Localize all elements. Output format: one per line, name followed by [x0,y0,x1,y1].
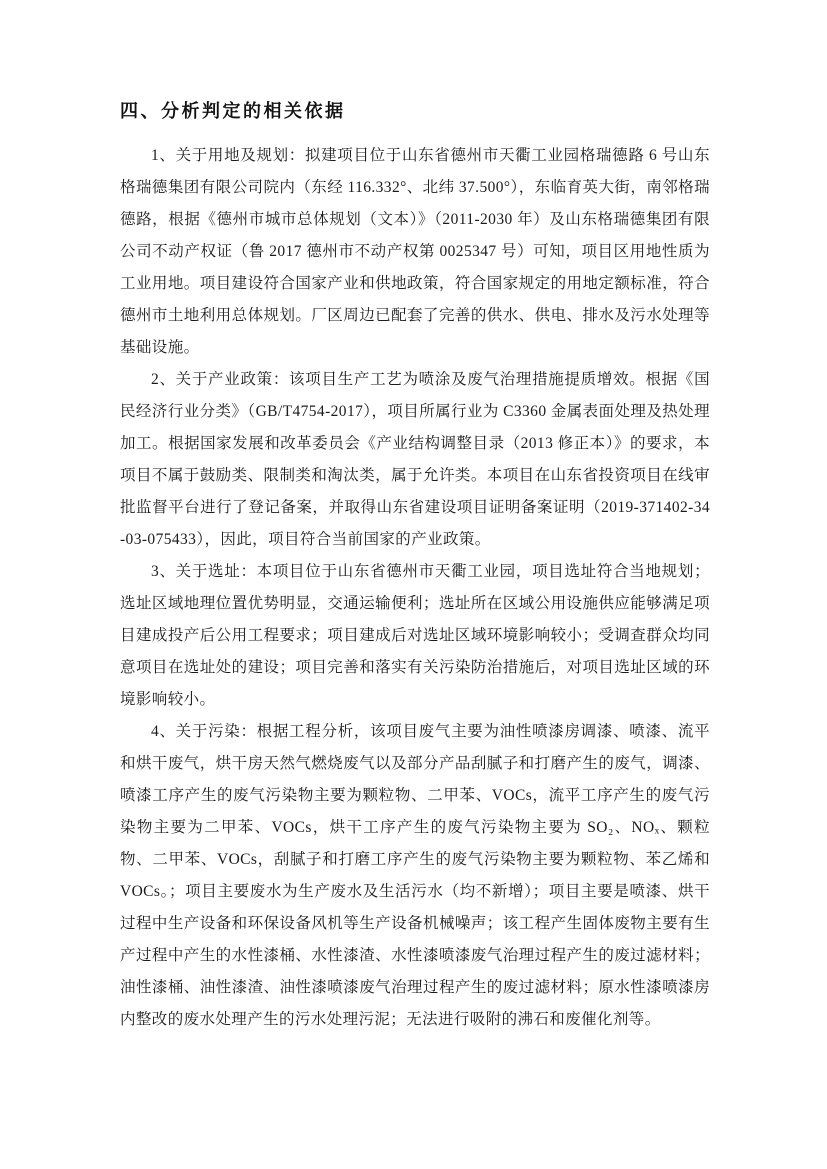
paragraph-land-and-planning: 1、关于用地及规划：拟建项目位于山东省德州市天衢工业园格瑞德路 6 号山东格瑞德… [120,140,710,364]
section-heading: 四、分析判定的相关依据 [120,98,710,124]
document-page: 四、分析判定的相关依据 1、关于用地及规划：拟建项目位于山东省德州市天衢工业园格… [0,0,827,1169]
paragraph-pollution: 4、关于污染：根据工程分析，该项目废气主要为油性喷漆房调漆、喷漆、流平和烘干废气… [120,716,710,1036]
paragraph-site-selection: 3、关于选址：本项目位于山东省德州市天衢工业园，项目选址符合当地规划；选址区域地… [120,556,710,716]
paragraph-industrial-policy: 2、关于产业政策：该项目生产工艺为喷涂及废气治理措施提质增效。根据《国民经济行业… [120,364,710,556]
